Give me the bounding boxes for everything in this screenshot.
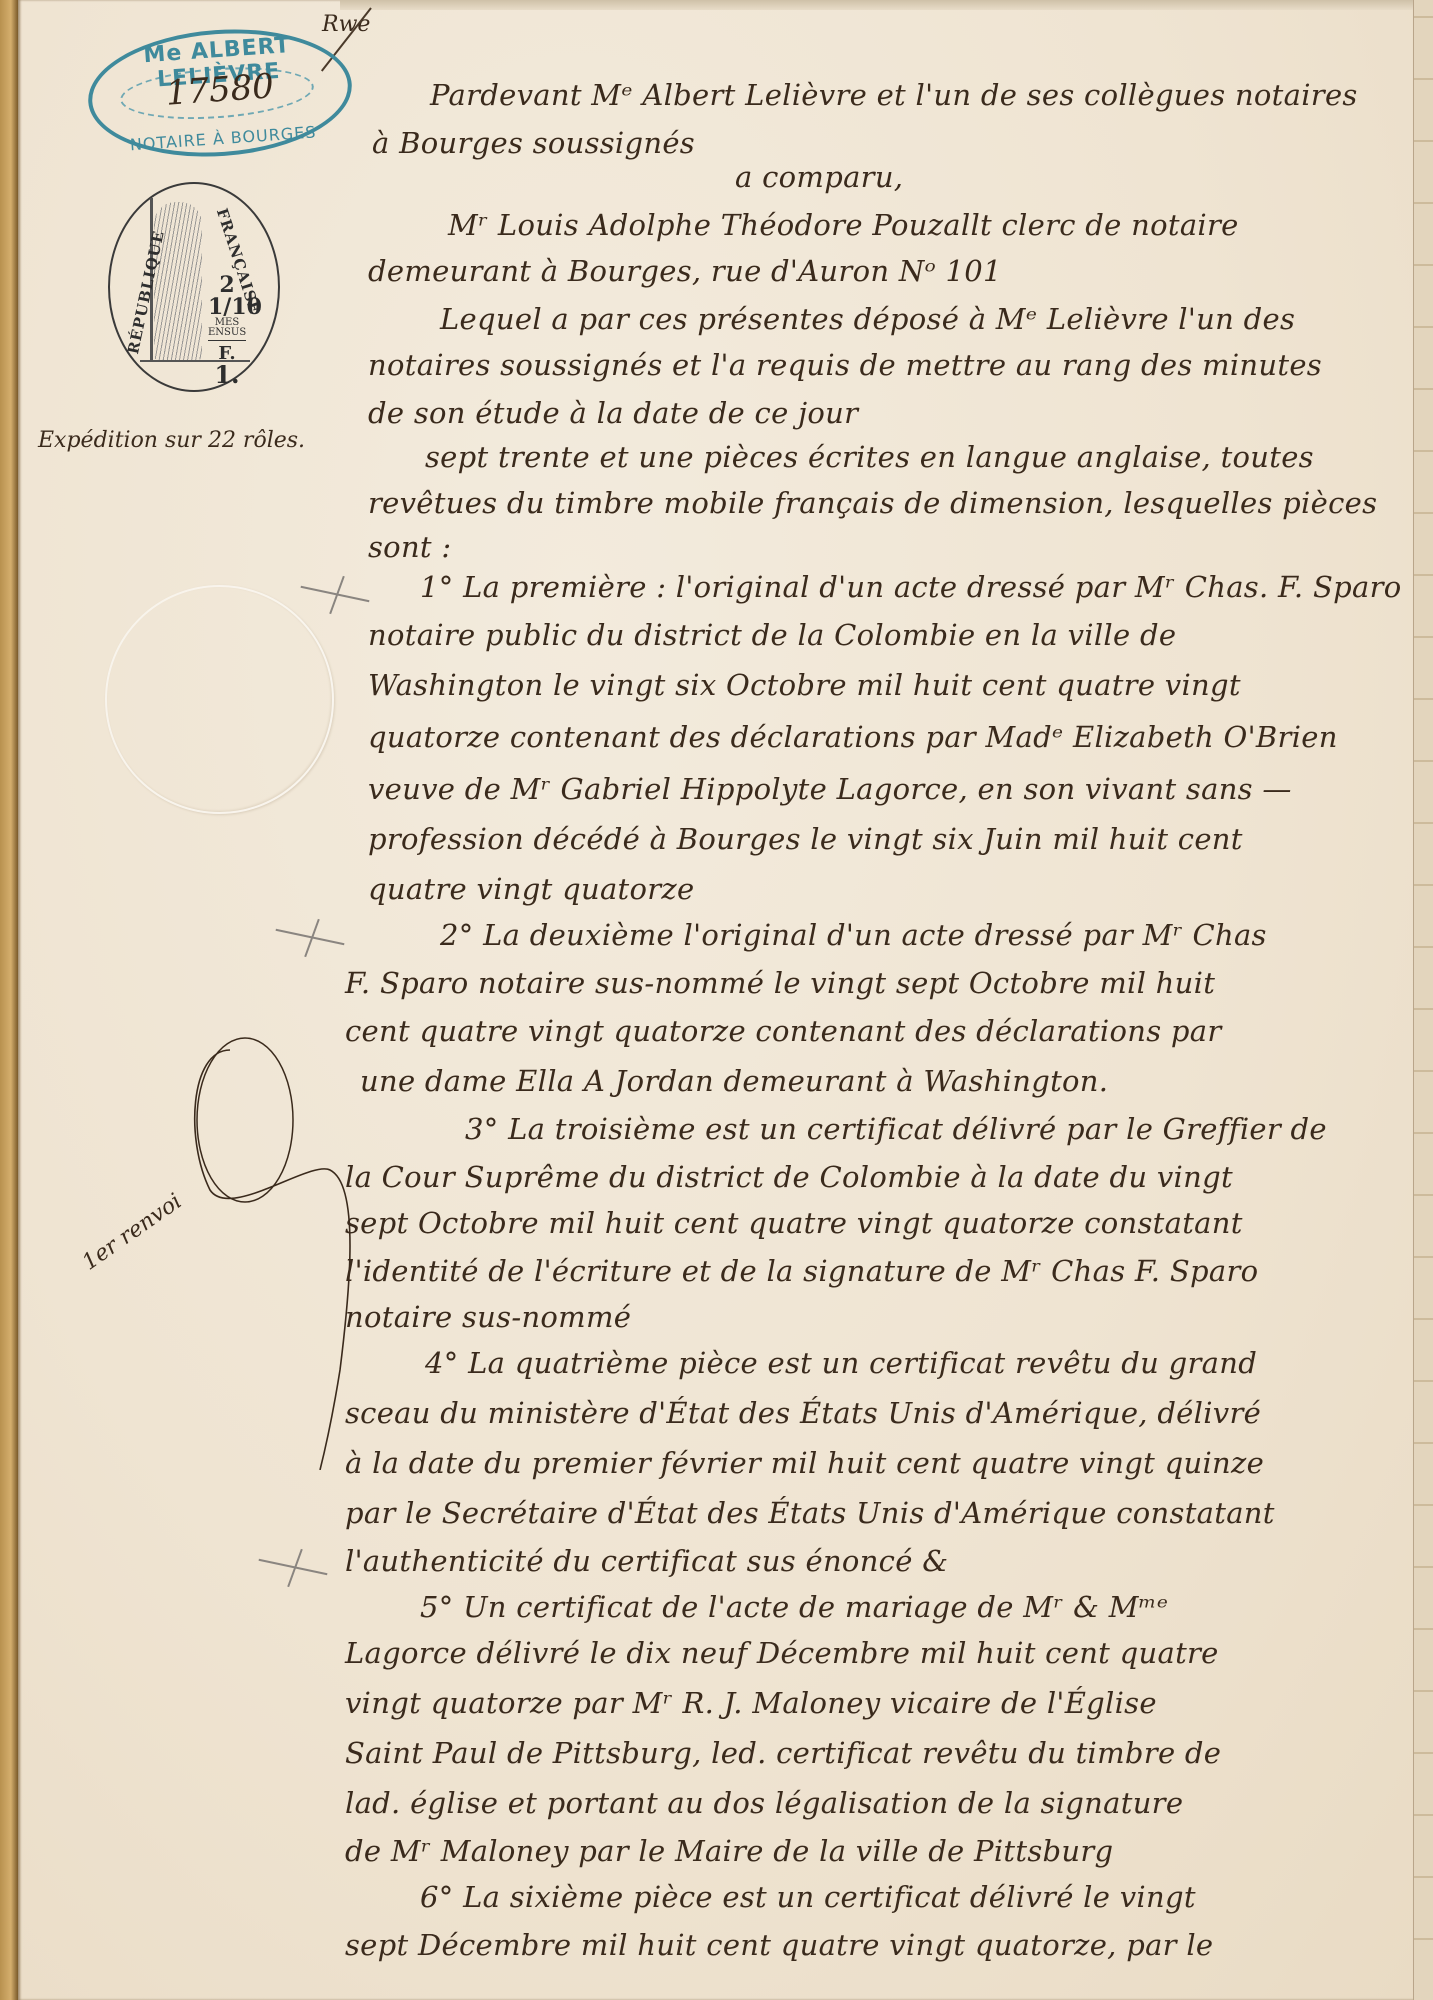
text-line: de son étude à la date de ce jour [368,396,858,430]
page-stack-edge [1413,0,1433,2000]
pencil-cross-icon [275,918,345,958]
text-line: sceau du ministère d'État des États Unis… [345,1396,1261,1430]
embossed-seal [105,585,334,814]
text-line: 6° La sixième pièce est un certificat dé… [420,1880,1196,1914]
fiscal-stamp-base [140,360,250,362]
pencil-cross-icon [258,1548,328,1588]
text-line: 5° Un certificat de l'acte de mariage de… [420,1590,1168,1624]
text-line: Lequel a par ces présentes déposé à Mᵉ L… [440,302,1295,336]
text-line: 1° La première : l'original d'un acte dr… [420,570,1402,604]
text-line: par le Secrétaire d'État des États Unis … [345,1496,1275,1530]
text-line: sept Octobre mil huit cent quatre vingt … [345,1206,1243,1240]
text-line: Saint Paul de Pittsburg, led. certificat… [345,1736,1221,1770]
text-line: la Cour Suprême du district de Colombie … [345,1160,1233,1194]
margin-note-expedition: Expédition sur 22 rôles. [38,428,305,453]
text-line: cent quatre vingt quatorze contenant des… [345,1014,1222,1048]
fiscal-value-label: MES ENSUS [208,318,246,338]
text-line: 3° La troisième est un certificat délivr… [465,1112,1327,1146]
text-line: sept trente et une pièces écrites en lan… [425,440,1314,474]
text-line: Washington le vingt six Octobre mil huit… [368,668,1241,702]
text-line: Pardevant Mᵉ Albert Lelièvre et l'un de … [430,78,1358,112]
text-line: veuve de Mʳ Gabriel Hippolyte Lagorce, e… [368,772,1292,806]
fiscal-stamp: RÉPUBLIQUE FRANÇAISE 2 1/10 MES ENSUS F.… [108,182,280,392]
text-line: 2° La deuxième l'original d'un acte dres… [440,918,1267,952]
text-line: Lagorce délivré le dix neuf Décembre mil… [345,1636,1219,1670]
book-binding [0,0,18,2000]
text-line: notaire public du district de la Colombi… [368,618,1176,652]
text-line: 4° La quatrième pièce est un certificat … [425,1346,1257,1380]
fiscal-value-unit: 1. [208,363,246,387]
fiscal-stamp-value: 2 1/10 MES ENSUS F. 1. [208,274,246,387]
text-line: l'identité de l'écriture et de la signat… [345,1254,1258,1288]
text-line: notaire sus-nommé [345,1300,631,1334]
text-line: F. Sparo notaire sus-nommé le vingt sept… [345,966,1215,1000]
text-line: profession décédé à Bourges le vingt six… [368,822,1243,856]
fiscal-value-main: 2 1/10 [208,274,246,318]
text-line: lad. église et portant au dos légalisati… [345,1786,1183,1820]
text-line: à Bourges soussignés [372,126,695,160]
page-top-edge [340,0,1413,10]
text-line: demeurant à Bourges, rue d'Auron Nᵒ 101 [368,254,1002,288]
text-line: revêtues du timbre mobile français de di… [368,486,1377,520]
text-line: l'authenticité du certificat sus énoncé … [345,1544,948,1578]
text-line: sept Décembre mil huit cent quatre vingt… [345,1928,1213,1962]
text-line: à la date du premier février mil huit ce… [345,1446,1264,1480]
text-line: de Mʳ Maloney par le Maire de la ville d… [345,1834,1113,1868]
text-line: sont : [368,530,451,564]
pencil-cross-icon [300,575,370,615]
text-line: vingt quatorze par Mʳ R. J. Maloney vica… [345,1686,1157,1720]
text-line: Mʳ Louis Adolphe Théodore Pouzallt clerc… [448,208,1239,242]
text-line: quatre vingt quatorze [368,872,694,906]
text-line: une dame Ella A Jordan demeurant à Washi… [360,1064,1108,1098]
text-line: notaires soussignés et l'a requis de met… [368,348,1322,382]
marianne-figure-icon [154,202,202,360]
text-line: a comparu, [735,160,903,194]
text-line: quatorze contenant des déclarations par … [368,720,1338,754]
